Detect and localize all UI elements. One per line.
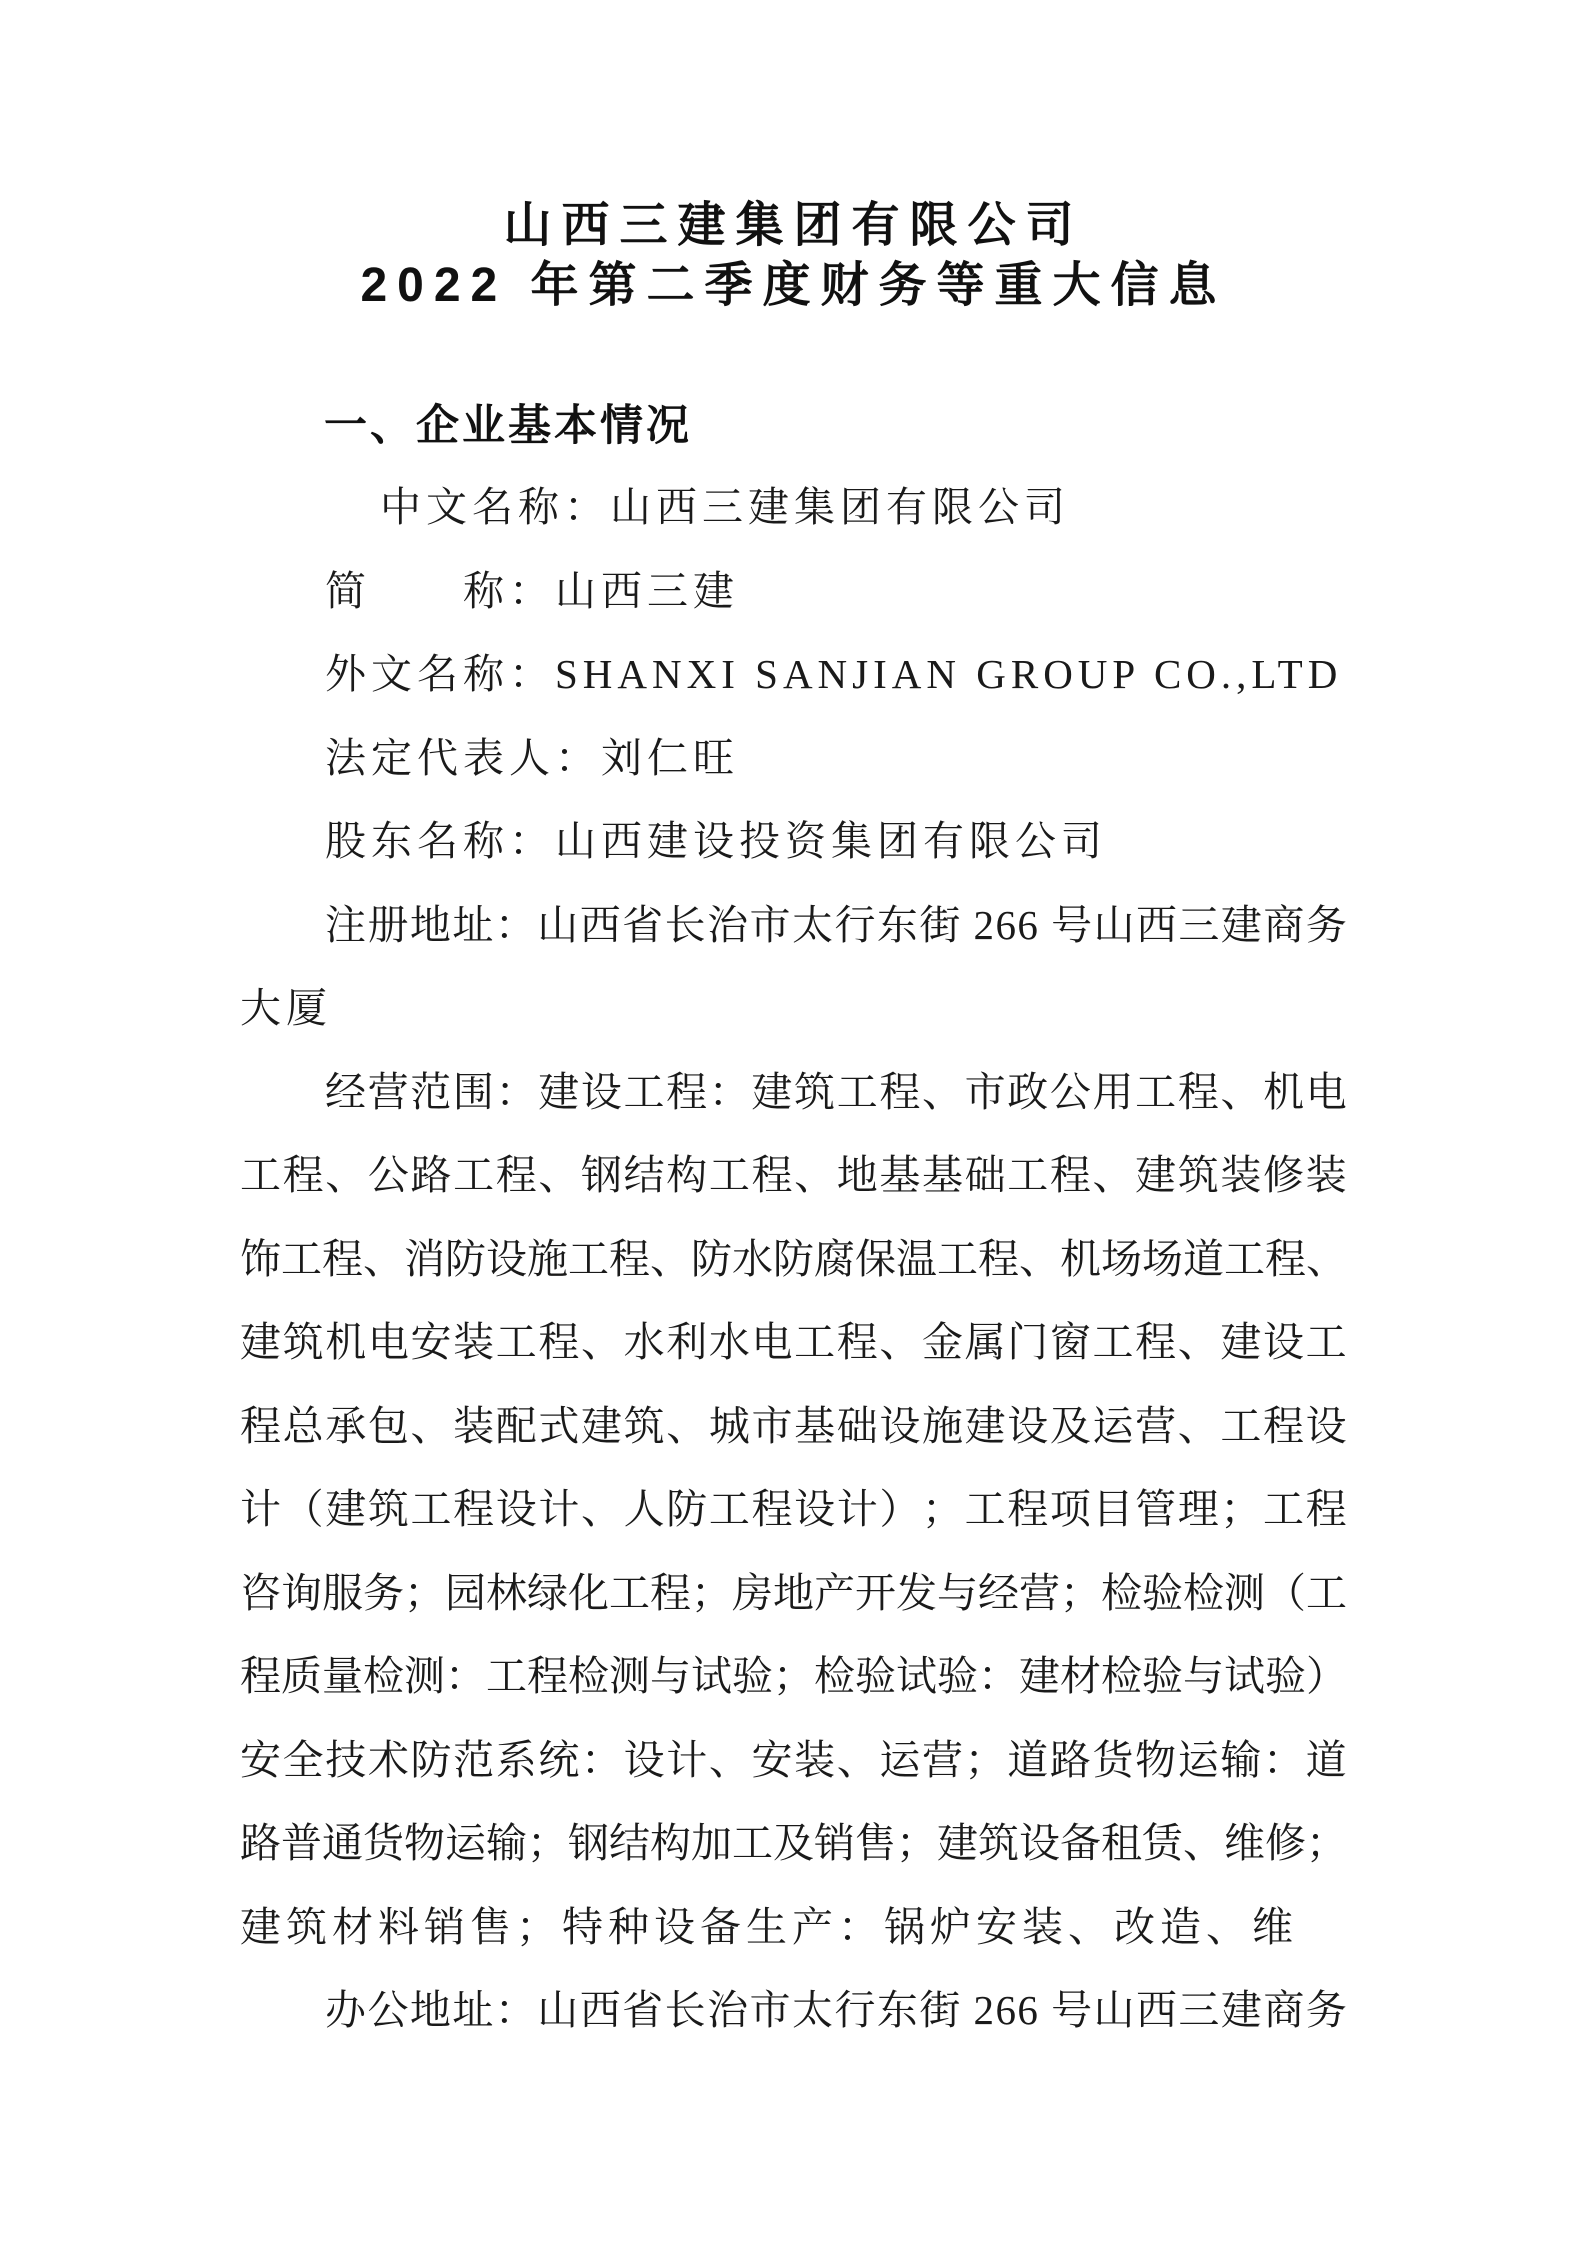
business-scope-line: 计（建筑工程设计、人防工程设计）；工程项目管理；工程 xyxy=(240,1468,1347,1552)
doc-title: 山西三建集团有限公司 2022 年第二季度财务等重大信息 xyxy=(0,196,1587,316)
business-scope-line: 经营范围：建设工程：建筑工程、市政公用工程、机电 xyxy=(240,1051,1347,1135)
document-page: 山西三建集团有限公司 2022 年第二季度财务等重大信息 一、企业基本情况 中文… xyxy=(0,0,1587,2245)
business-scope-line: 建筑机电安装工程、水利水电工程、金属门窗工程、建设工 xyxy=(240,1301,1347,1385)
business-scope-line: 工程、公路工程、钢结构工程、地基基础工程、建筑装修装 xyxy=(240,1134,1347,1218)
field-line-registered-addr: 注册地址：山西省长治市太行东街 266 号山西三建商务 xyxy=(240,884,1347,968)
document-body: 中文名称：山西三建集团有限公司 简 称：山西三建 外文名称：SHANXI SAN… xyxy=(240,466,1347,2053)
field-line-foreign-name: 外文名称：SHANXI SANJIAN GROUP CO.,LTD xyxy=(240,633,1347,717)
field-line-chinese-name: 中文名称：山西三建集团有限公司 xyxy=(240,466,1347,550)
field-line-registered-addr-2: 大厦 xyxy=(240,967,1347,1051)
business-scope-line: 路普通货物运输；钢结构加工及销售；建筑设备租赁、维修； xyxy=(240,1802,1347,1886)
field-line-short-name: 简 称：山西三建 xyxy=(240,550,1347,634)
business-scope-line: 建筑材料销售；特种设备生产：锅炉安装、改造、维修。 xyxy=(240,1886,1347,1970)
field-line-office-addr: 办公地址：山西省长治市太行东街 266 号山西三建商务 xyxy=(240,1969,1347,2053)
business-scope-line: 咨询服务；园林绿化工程；房地产开发与经营；检验检测（工 xyxy=(240,1552,1347,1636)
doc-title-line-1: 山西三建集团有限公司 xyxy=(0,196,1587,256)
field-line-legal-rep: 法定代表人：刘仁旺 xyxy=(240,717,1347,801)
business-scope-line: 安全技术防范系统：设计、安装、运营；道路货物运输：道 xyxy=(240,1719,1347,1803)
doc-title-line-2: 2022 年第二季度财务等重大信息 xyxy=(0,256,1587,316)
business-scope-line: 饰工程、消防设施工程、防水防腐保温工程、机场场道工程、 xyxy=(240,1218,1347,1302)
business-scope-line: 程质量检测：工程检测与试验；检验试验：建材检验与试验）； xyxy=(240,1635,1347,1719)
business-scope-line: 程总承包、装配式建筑、城市基础设施建设及运营、工程设 xyxy=(240,1385,1347,1469)
field-line-shareholder: 股东名称：山西建设投资集团有限公司 xyxy=(240,800,1347,884)
section-heading: 一、企业基本情况 xyxy=(324,402,692,450)
